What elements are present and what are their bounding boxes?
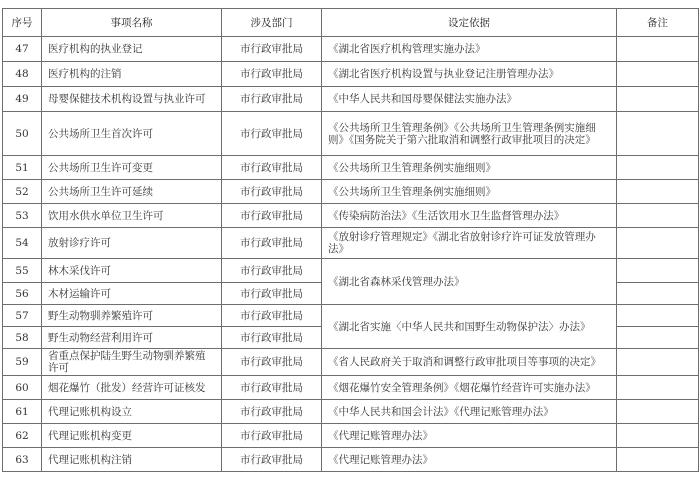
cell-no: 63	[3, 448, 42, 472]
cell-note	[617, 283, 699, 305]
approval-items-table: 序号 事项名称 涉及部门 设定依据 备注 47 医疗机构的执业登记 市行政审批局…	[2, 8, 699, 472]
cell-note	[617, 204, 699, 228]
cell-name: 母婴保健技术机构设置与执业许可	[42, 87, 222, 112]
cell-note	[617, 87, 699, 112]
header-note: 备注	[617, 9, 699, 37]
table-row: 54 放射诊疗许可 市行政审批局 《放射诊疗管理规定》《湖北省放射诊疗许可证发放…	[3, 228, 699, 259]
cell-no: 60	[3, 376, 42, 400]
table-row: 53 饮用水供水单位卫生许可 市行政审批局 《传染病防治法》《生活饮用水卫生监督…	[3, 204, 699, 228]
cell-dept: 市行政审批局	[222, 228, 322, 259]
header-dept: 涉及部门	[222, 9, 322, 37]
cell-basis: 《烟花爆竹安全管理条例》《烟花爆竹经营许可实施办法》	[322, 376, 617, 400]
cell-no: 53	[3, 204, 42, 228]
cell-basis: 《公共场所卫生管理条例》《公共场所卫生管理条例实施细则》《国务院关于第六批取消和…	[322, 112, 617, 156]
cell-note	[617, 448, 699, 472]
cell-basis: 《省人民政府关于取消和调整行政审批项目等事项的决定》	[322, 349, 617, 376]
cell-dept: 市行政审批局	[222, 204, 322, 228]
cell-basis: 《代理记账管理办法》	[322, 424, 617, 448]
cell-no: 48	[3, 62, 42, 87]
cell-no: 54	[3, 228, 42, 259]
header-basis: 设定依据	[322, 9, 617, 37]
cell-no: 51	[3, 156, 42, 180]
cell-name: 医疗机构的注销	[42, 62, 222, 87]
cell-name: 代理记账机构变更	[42, 424, 222, 448]
table-row: 51 公共场所卫生许可变更 市行政审批局 《公共场所卫生管理条例实施细则》	[3, 156, 699, 180]
cell-name: 代理记账机构设立	[42, 400, 222, 424]
cell-basis: 《公共场所卫生管理条例实施细则》	[322, 156, 617, 180]
cell-note	[617, 62, 699, 87]
cell-note	[617, 180, 699, 204]
cell-note	[617, 424, 699, 448]
cell-no: 62	[3, 424, 42, 448]
cell-dept: 市行政审批局	[222, 305, 322, 327]
cell-basis: 《湖北省医疗机构设置与执业登记注册管理办法》	[322, 62, 617, 87]
cell-name: 省重点保护陆生野生动物驯养繁殖许可	[42, 349, 222, 376]
cell-basis: 《放射诊疗管理规定》《湖北省放射诊疗许可证发放管理办法》	[322, 228, 617, 259]
cell-name: 木材运输许可	[42, 283, 222, 305]
cell-no: 56	[3, 283, 42, 305]
cell-dept: 市行政审批局	[222, 327, 322, 349]
cell-note	[617, 305, 699, 327]
table-row: 57 野生动物驯养繁殖许可 市行政审批局 《湖北省实施〈中华人民共和国野生动物保…	[3, 305, 699, 327]
cell-dept: 市行政审批局	[222, 156, 322, 180]
cell-dept: 市行政审批局	[222, 424, 322, 448]
cell-name: 放射诊疗许可	[42, 228, 222, 259]
cell-basis: 《湖北省医疗机构管理实施办法》	[322, 37, 617, 62]
cell-dept: 市行政审批局	[222, 112, 322, 156]
cell-dept: 市行政审批局	[222, 400, 322, 424]
table-row: 61 代理记账机构设立 市行政审批局 《中华人民共和国会计法》《代理记账管理办法…	[3, 400, 699, 424]
cell-name: 林木采伐许可	[42, 259, 222, 283]
cell-dept: 市行政审批局	[222, 376, 322, 400]
cell-dept: 市行政审批局	[222, 283, 322, 305]
table-row: 52 公共场所卫生许可延续 市行政审批局 《公共场所卫生管理条例实施细则》	[3, 180, 699, 204]
cell-name: 烟花爆竹（批发）经营许可证核发	[42, 376, 222, 400]
cell-dept: 市行政审批局	[222, 259, 322, 283]
header-name: 事项名称	[42, 9, 222, 37]
cell-name: 公共场所卫生首次许可	[42, 112, 222, 156]
cell-no: 61	[3, 400, 42, 424]
cell-basis: 《中华人民共和国母婴保健法实施办法》	[322, 87, 617, 112]
cell-dept: 市行政审批局	[222, 62, 322, 87]
table-row: 55 林木采伐许可 市行政审批局 《湖北省森林采伐管理办法》	[3, 259, 699, 283]
cell-dept: 市行政审批局	[222, 180, 322, 204]
cell-note	[617, 327, 699, 349]
header-no: 序号	[3, 9, 42, 37]
table-row: 47 医疗机构的执业登记 市行政审批局 《湖北省医疗机构管理实施办法》	[3, 37, 699, 62]
cell-no: 47	[3, 37, 42, 62]
cell-note	[617, 228, 699, 259]
cell-name: 饮用水供水单位卫生许可	[42, 204, 222, 228]
table-row: 63 代理记账机构注销 市行政审批局 《代理记账管理办法》	[3, 448, 699, 472]
table-row: 48 医疗机构的注销 市行政审批局 《湖北省医疗机构设置与执业登记注册管理办法》	[3, 62, 699, 87]
cell-no: 59	[3, 349, 42, 376]
cell-dept: 市行政审批局	[222, 349, 322, 376]
cell-name: 野生动物驯养繁殖许可	[42, 305, 222, 327]
cell-note	[617, 259, 699, 283]
cell-basis-merged: 《湖北省森林采伐管理办法》	[322, 259, 617, 305]
cell-name: 代理记账机构注销	[42, 448, 222, 472]
cell-note	[617, 112, 699, 156]
cell-name: 医疗机构的执业登记	[42, 37, 222, 62]
cell-basis-merged: 《湖北省实施〈中华人民共和国野生动物保护法〉办法》	[322, 305, 617, 349]
cell-note	[617, 349, 699, 376]
cell-no: 49	[3, 87, 42, 112]
cell-basis: 《传染病防治法》《生活饮用水卫生监督管理办法》	[322, 204, 617, 228]
cell-note	[617, 156, 699, 180]
cell-note	[617, 376, 699, 400]
header-row: 序号 事项名称 涉及部门 设定依据 备注	[3, 9, 699, 37]
table-row: 50 公共场所卫生首次许可 市行政审批局 《公共场所卫生管理条例》《公共场所卫生…	[3, 112, 699, 156]
cell-note	[617, 37, 699, 62]
cell-basis: 《中华人民共和国会计法》《代理记账管理办法》	[322, 400, 617, 424]
cell-name: 公共场所卫生许可变更	[42, 156, 222, 180]
cell-name: 野生动物经营利用许可	[42, 327, 222, 349]
cell-dept: 市行政审批局	[222, 87, 322, 112]
cell-basis: 《代理记账管理办法》	[322, 448, 617, 472]
table-row: 60 烟花爆竹（批发）经营许可证核发 市行政审批局 《烟花爆竹安全管理条例》《烟…	[3, 376, 699, 400]
cell-no: 55	[3, 259, 42, 283]
cell-dept: 市行政审批局	[222, 37, 322, 62]
cell-basis: 《公共场所卫生管理条例实施细则》	[322, 180, 617, 204]
cell-no: 52	[3, 180, 42, 204]
table-row: 49 母婴保健技术机构设置与执业许可 市行政审批局 《中华人民共和国母婴保健法实…	[3, 87, 699, 112]
cell-dept: 市行政审批局	[222, 448, 322, 472]
cell-no: 57	[3, 305, 42, 327]
table-row: 59 省重点保护陆生野生动物驯养繁殖许可 市行政审批局 《省人民政府关于取消和调…	[3, 349, 699, 376]
cell-name: 公共场所卫生许可延续	[42, 180, 222, 204]
cell-no: 50	[3, 112, 42, 156]
cell-note	[617, 400, 699, 424]
cell-no: 58	[3, 327, 42, 349]
table-row: 62 代理记账机构变更 市行政审批局 《代理记账管理办法》	[3, 424, 699, 448]
